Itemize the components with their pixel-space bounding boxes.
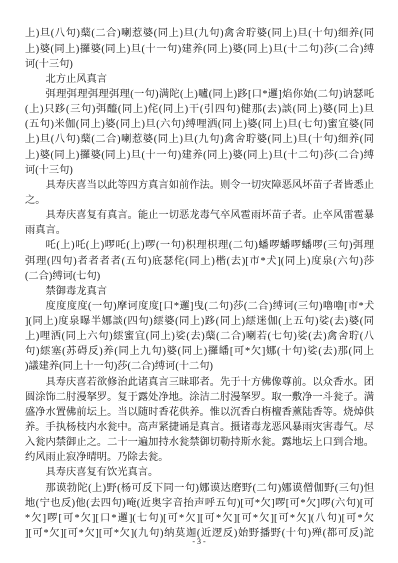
text-line: (五句)米伽(同上)婆(同上)旦(六句)缚哩洒(同上)婆(同上)旦(七句)蜜宜婆…	[25, 117, 374, 132]
mantra-heading-north-wind: 北方止风真言	[25, 72, 374, 87]
mantra-paragraph: 吒(上)吒(上)啰吒(上)啰(一句)枳理枳理(二句)蟠啰蟠啰蟠啰(三句)弭理 弭…	[25, 238, 374, 283]
text-line: )議建养(同上十一句)莎(二合)缚诃(十二句)	[25, 359, 374, 374]
page-number: - 3 -	[0, 537, 398, 547]
prose-paragraph: 具寿庆喜复有真言。能止一切恶龙毒气卒风雹雨坏苗子者。止卒风雷雹暴 雨真言。	[25, 208, 374, 238]
text-line: 上)哩洒(同上六句)繧蜜宜(同上)娑(去)蘖(二合)喇若(七句)娑(去)禽舍聍(…	[25, 329, 374, 344]
text-line: 度度度度(一句)摩诃度度[口*邏]曳(二句)莎(二合)缚诃(三句)嚕嚕[市*犬	[25, 299, 374, 314]
text-line: 雨真言。	[25, 223, 374, 238]
text-line: 具寿庆喜若欲修治此诸真言三昧耶者。先于十方佛像尊前。以众香水。团	[25, 375, 374, 390]
text-line: 盛净水置佛前坛上。当以随时香花供养。惟以沉香白栴檀香薰陆香等。烧焯供	[25, 405, 374, 420]
text-line: 具寿庆喜复有真言。能止一切恶龙毒气卒风雹雨坏苗子者。止卒风雷雹暴	[25, 208, 374, 223]
text-line: 养。手执杨枝内水瓮中。高声紧捷诵是真言。摄诸毒龙恶风暴雨灾害毒气。尽	[25, 420, 374, 435]
text-line: *欠]啰[可*欠][口*邏](七句)[可*欠][可*欠][可*欠][可*欠](八…	[25, 511, 374, 526]
text-line: 上)婆(同上)攞婆(同上)旦(十一句)建养(同上)婆(同上)旦(十二句)莎(二合…	[25, 42, 374, 57]
text-line: 具寿庆喜当以此等四方真言如前作法。则令一切灾障恶风坏苗子者皆悉止	[25, 178, 374, 193]
prose-paragraph: 具寿庆喜当以此等四方真言如前作法。则令一切灾障恶风坏苗子者皆悉止 之。	[25, 178, 374, 208]
mantra-paragraph: 弭理弭理弭理弭理(一句)满陀(上)嚧(同上)跢[口*邏]焰你始(二句)讷瑟吒 (…	[25, 87, 374, 178]
text-line: 之。	[25, 193, 374, 208]
text-line: 具寿庆喜复有饮光真言。	[25, 465, 374, 480]
text-line: 弭理(四句)者者者者(五句)底瑟侘(同上)楷(去)[市*犬](同上)度泉(六句)…	[25, 254, 374, 269]
text-line: 上)旦(八句)蘖(二合)喇惹婆(同上)旦(九句)禽舍聍婆(同上)旦(十句)细养(…	[25, 26, 374, 41]
mantra-continuation-paragraph: 上)旦(八句)蘖(二合)喇惹婆(同上)旦(九句)禽舍聍婆(同上)旦(十句)细养(…	[25, 26, 374, 71]
text-line: 上)婆(同上)攞婆(同上)旦(十一句)建养(同上)婆(同上)旦(十二句)莎(二合…	[25, 148, 374, 163]
prose-paragraph: 具寿庆喜复有饮光真言。	[25, 465, 374, 480]
text-line: 吒(上)吒(上)啰吒(上)啰(一句)枳理枳理(二句)蟠啰蟠啰蟠啰(三句)弭理	[25, 238, 374, 253]
text-line: 句)繧塞(苏碍反)养(同上九句)婆(同上)攞皤[可*欠]娜(十句)娑(去)那(同…	[25, 344, 374, 359]
text-line: (二合)缚诃(七句)	[25, 269, 374, 284]
section-heading: 北方止风真言	[25, 72, 374, 87]
text-line: 上)旦(八句)蘖(二合)喇惹婆(同上)旦(九句)禽舍聍婆(同上)旦(十句)细养(…	[25, 132, 374, 147]
text-line: 入瓮内禁御止之。二十一遍加持水瓮禁御切勒持斯水瓮。露地坛上口到合地。	[25, 435, 374, 450]
text-line: (上)只跢(三句)弭醯(同上)侘(同上)干(引四句)健那(去)談(同上)婆(同上…	[25, 102, 374, 117]
text-line: 那谟勃陀(上)野(杨可反下同一句)娜谟达磨野(二句)娜谟僧伽野(三句)怛	[25, 481, 374, 496]
text-line: 诃(十三句)	[25, 163, 374, 178]
text-line: 地(宁也反)他(去四句)唵(近奥字音抬声呼五句)[可*欠]啰[可*欠]啰(六句)…	[25, 496, 374, 511]
text-line: 圆涂饰二肘漫拏罗。复于露处净地。涂洁二肘漫拏罗。取一敷净一斗瓮子。满	[25, 390, 374, 405]
document-page: 上)旦(八句)蘖(二合)喇惹婆(同上)旦(九句)禽舍聍婆(同上)旦(十句)细养(…	[25, 26, 374, 541]
text-line: ](同上)度泉曝半娜談(四句)繧婆(同上)跢(同上)繧迷伽(上五句)娑(去)婆(…	[25, 314, 374, 329]
mantra-heading-poison-dragon: 禁御毒龙真言	[25, 284, 374, 299]
text-line: 诃(十三句)	[25, 57, 374, 72]
section-heading: 禁御毒龙真言	[25, 284, 374, 299]
text-line: 约风雨止寂净晴明。乃除去瓮。	[25, 450, 374, 465]
prose-paragraph: 具寿庆喜若欲修治此诸真言三昧耶者。先于十方佛像尊前。以众香水。团 圆涂饰二肘漫拏…	[25, 375, 374, 466]
mantra-paragraph: 度度度度(一句)摩诃度度[口*邏]曳(二句)莎(二合)缚诃(三句)嚕嚕[市*犬 …	[25, 299, 374, 375]
text-line: 弭理弭理弭理弭理(一句)满陀(上)嚧(同上)跢[口*邏]焰你始(二句)讷瑟吒	[25, 87, 374, 102]
mantra-paragraph: 那谟勃陀(上)野(杨可反下同一句)娜谟达磨野(二句)娜谟僧伽野(三句)怛 地(宁…	[25, 481, 374, 542]
